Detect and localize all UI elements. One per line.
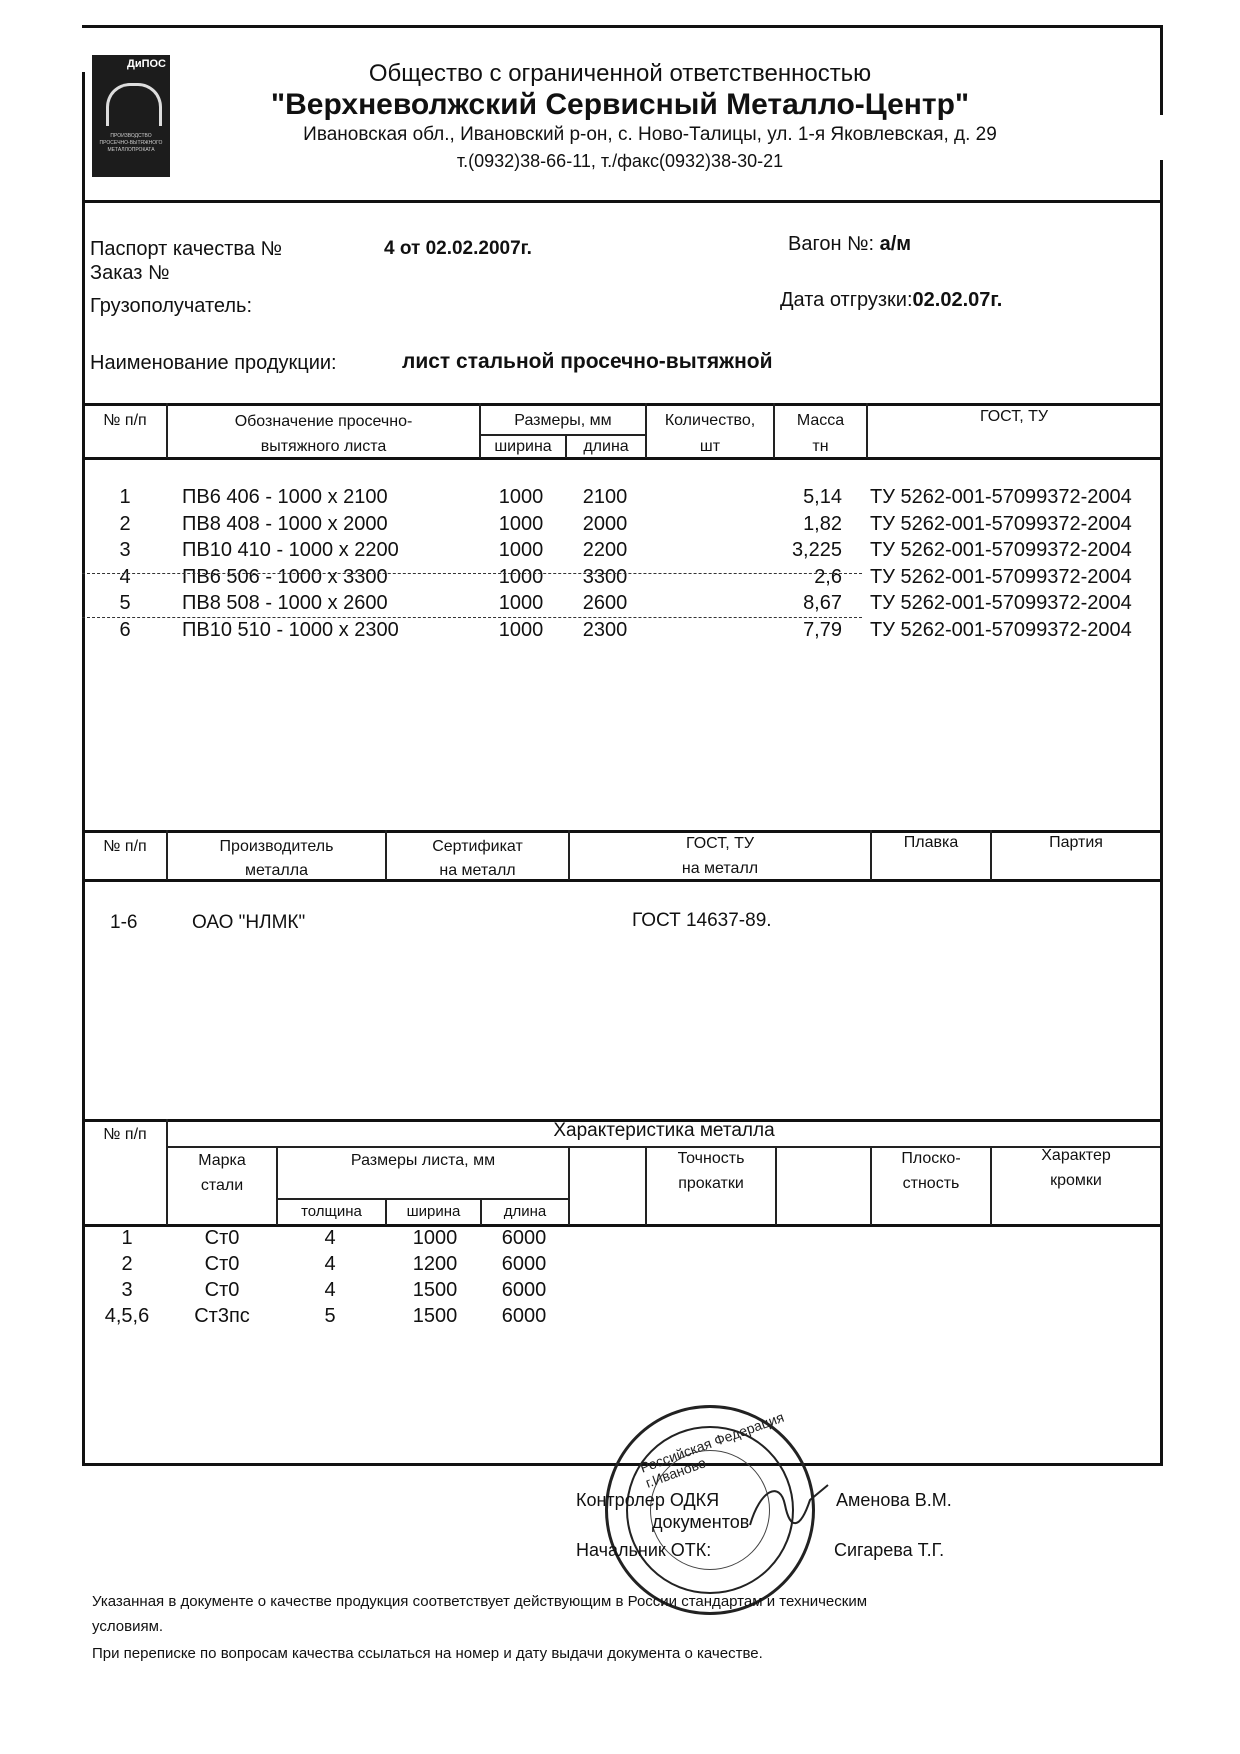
t3-h-grade-2: стали [168, 1177, 276, 1195]
t3-cell-grade: Ст0 [170, 1279, 274, 1302]
passport-label: Паспорт качества № [90, 238, 282, 261]
t1-cell-gost: ТУ 5262-001-57099372-2004 [870, 619, 1160, 642]
t1-h-designation-1: Обозначение просечно- [168, 413, 479, 431]
t1-h-gost: ГОСТ, ТУ [868, 408, 1160, 426]
controller-label: Контролер ОДКЯ [576, 1490, 719, 1511]
t3-cell-thickness: 5 [280, 1305, 380, 1328]
org-name: "Верхневолжский Сервисный Металло-Центр" [0, 88, 1240, 122]
t3-cell-length: 6000 [480, 1305, 568, 1328]
t3-cell-width: 1000 [390, 1227, 480, 1250]
t2-h-gost-2: на металл [570, 860, 870, 878]
wagon-row: Вагон №: а/м [788, 233, 911, 256]
t3-cell-num: 1 [92, 1227, 162, 1250]
wagon-value: а/м [880, 233, 911, 255]
t3-h-grade-1: Марка [168, 1152, 276, 1170]
t1-cell-length: 2200 [570, 539, 640, 562]
t1-cell-gost: ТУ 5262-001-57099372-2004 [870, 486, 1160, 509]
t1-strike [82, 617, 862, 619]
frame-top [82, 25, 1163, 28]
order-label: Заказ № [90, 262, 169, 285]
t1-strike [82, 573, 862, 575]
t3-cell-num: 4,5,6 [92, 1305, 162, 1328]
ship-date-value: 02.02.07г. [913, 289, 1003, 311]
t1-cell-mass: 5,14 [770, 486, 842, 509]
t1-cell-designation: ПВ8 408 - 1000 x 2000 [182, 513, 472, 536]
t3-sub-line [276, 1198, 568, 1200]
t1-cell-num: 1 [100, 486, 150, 509]
t2-h-batch: Партия [992, 834, 1160, 852]
t1-cell-width: 1000 [486, 539, 556, 562]
t1-cell-width: 1000 [486, 592, 556, 615]
t1-cell-num: 6 [100, 619, 150, 642]
t1-cell-width: 1000 [486, 486, 556, 509]
t2-h-producer-1: Производитель [168, 838, 385, 856]
t3-cell-num: 3 [92, 1279, 162, 1302]
t1-cell-mass: 2,6 [770, 566, 842, 589]
t3-col-line [775, 1146, 777, 1225]
t1-cell-length: 3300 [570, 566, 640, 589]
t2-h-cert-2: на металл [387, 862, 568, 880]
t2-row-num: 1-6 [110, 912, 137, 934]
t2-h-num: № п/п [84, 838, 166, 856]
t3-cell-length: 6000 [480, 1253, 568, 1276]
t1-h-qty-1: Количество, [647, 412, 773, 430]
frame-right [1160, 160, 1163, 1466]
header-separator [82, 200, 1163, 203]
passport-number-date: 4 от 02.02.2007г. [384, 238, 532, 260]
consignee-label: Грузополучатель: [90, 295, 252, 318]
t1-h-width: ширина [481, 438, 565, 456]
t1-h-qty-2: шт [647, 438, 773, 456]
t1-cell-length: 2100 [570, 486, 640, 509]
t1-cell-gost: ТУ 5262-001-57099372-2004 [870, 539, 1160, 562]
t3-h-num: № п/п [84, 1126, 166, 1144]
t1-h-mass-1: Масса [775, 412, 866, 430]
t1-cell-designation: ПВ8 508 - 1000 x 2600 [182, 592, 472, 615]
product-label: Наименование продукции: [90, 352, 337, 375]
t1-h-num: № п/п [84, 412, 166, 430]
t1-cell-designation: ПВ10 410 - 1000 x 2200 [182, 539, 472, 562]
t1-cell-gost: ТУ 5262-001-57099372-2004 [870, 513, 1160, 536]
t3-cell-thickness: 4 [280, 1279, 380, 1302]
t3-h-title: Характеристика металла [168, 1120, 1160, 1142]
t1-cell-num: 3 [100, 539, 150, 562]
ship-date-row: Дата отгрузки:02.02.07г. [780, 289, 1002, 312]
frame-right-top [1160, 25, 1163, 115]
wagon-label: Вагон №: [788, 233, 874, 255]
otk-head-label: Начальник ОТК: [576, 1540, 711, 1561]
t3-h-sizes: Размеры листа, мм [278, 1152, 568, 1170]
t1-cell-length: 2000 [570, 513, 640, 536]
t1-h-mass-2: тн [775, 438, 866, 456]
t1-cell-mass: 7,79 [770, 619, 842, 642]
frame-left [82, 72, 85, 1466]
t1-top [82, 403, 1163, 406]
t1-cell-length: 2600 [570, 592, 640, 615]
t1-cell-width: 1000 [486, 566, 556, 589]
controller-label-2: документов [652, 1512, 749, 1533]
t2-h-cert-1: Сертификат [387, 838, 568, 856]
t1-cell-mass: 8,67 [770, 592, 842, 615]
t3-h-edge-2: кромки [992, 1172, 1160, 1190]
t1-cell-num: 4 [100, 566, 150, 589]
t3-cell-length: 6000 [480, 1227, 568, 1250]
t1-cell-width: 1000 [486, 513, 556, 536]
t1-cell-designation: ПВ6 506 - 1000 x 3300 [182, 566, 472, 589]
t3-cell-grade: Ст0 [170, 1227, 274, 1250]
t3-h-accuracy-2: прокатки [647, 1175, 775, 1193]
t3-cell-num: 2 [92, 1253, 162, 1276]
signature-scribble [740, 1470, 830, 1540]
t1-cell-mass: 1,82 [770, 513, 842, 536]
t1-header-bottom [82, 457, 1163, 460]
t3-h-length: длина [482, 1203, 568, 1220]
t3-h-flatness-2: стность [872, 1175, 990, 1193]
t1-cell-designation: ПВ6 406 - 1000 x 2100 [182, 486, 472, 509]
t3-h-flatness-1: Плоско- [872, 1150, 990, 1168]
t3-h-edge-1: Характер [992, 1147, 1160, 1165]
t3-h-accuracy-1: Точность [647, 1150, 775, 1168]
footer-correspondence: При переписке по вопросам качества ссыла… [92, 1645, 763, 1662]
t3-cell-width: 1500 [390, 1305, 480, 1328]
t1-h-sizes: Размеры, мм [481, 412, 645, 430]
t3-col-line [568, 1146, 570, 1225]
product-value: лист стальной просечно-вытяжной [402, 350, 772, 374]
t1-cell-length: 2300 [570, 619, 640, 642]
t3-h-thickness: толщина [278, 1203, 385, 1220]
t2-h-gost-1: ГОСТ, ТУ [570, 835, 870, 853]
t3-cell-width: 1500 [390, 1279, 480, 1302]
t1-cell-gost: ТУ 5262-001-57099372-2004 [870, 592, 1160, 615]
org-address: Ивановская обл., Ивановский р-он, с. Нов… [0, 124, 1240, 146]
t2-top [82, 830, 1163, 833]
t1-sub-line [479, 434, 645, 436]
t2-h-producer-2: металла [168, 862, 385, 880]
t3-h-width: ширина [387, 1203, 480, 1220]
t2-row-producer: ОАО "НЛМК" [192, 912, 305, 934]
otk-head-name: Сигарева Т.Г. [834, 1540, 944, 1561]
footer-compliance-2: условиям. [92, 1618, 163, 1635]
t3-cell-thickness: 4 [280, 1227, 380, 1250]
t2-h-melt: Плавка [872, 834, 990, 852]
t3-cell-grade: Ст3пс [170, 1305, 274, 1328]
ship-date-label: Дата отгрузки: [780, 289, 913, 311]
t3-cell-thickness: 4 [280, 1253, 380, 1276]
t1-cell-width: 1000 [486, 619, 556, 642]
t1-cell-num: 2 [100, 513, 150, 536]
footer-compliance-1: Указанная в документе о качестве продукц… [92, 1593, 867, 1610]
org-form: Общество с ограниченной ответственностью [0, 60, 1240, 88]
t3-cell-grade: Ст0 [170, 1253, 274, 1276]
t1-cell-designation: ПВ10 510 - 1000 x 2300 [182, 619, 472, 642]
t2-row-gost: ГОСТ 14637-89. [632, 910, 772, 932]
t1-h-length: длина [567, 438, 645, 456]
t1-h-designation-2: вытяжного листа [168, 438, 479, 456]
t1-cell-gost: ТУ 5262-001-57099372-2004 [870, 566, 1160, 589]
t3-cell-width: 1200 [390, 1253, 480, 1276]
org-phones: т.(0932)38-66-11, т./факс(0932)38-30-21 [0, 151, 1240, 172]
controller-name: Аменова В.М. [836, 1490, 952, 1511]
t1-cell-mass: 3,225 [770, 539, 842, 562]
t3-cell-length: 6000 [480, 1279, 568, 1302]
t1-cell-num: 5 [100, 592, 150, 615]
